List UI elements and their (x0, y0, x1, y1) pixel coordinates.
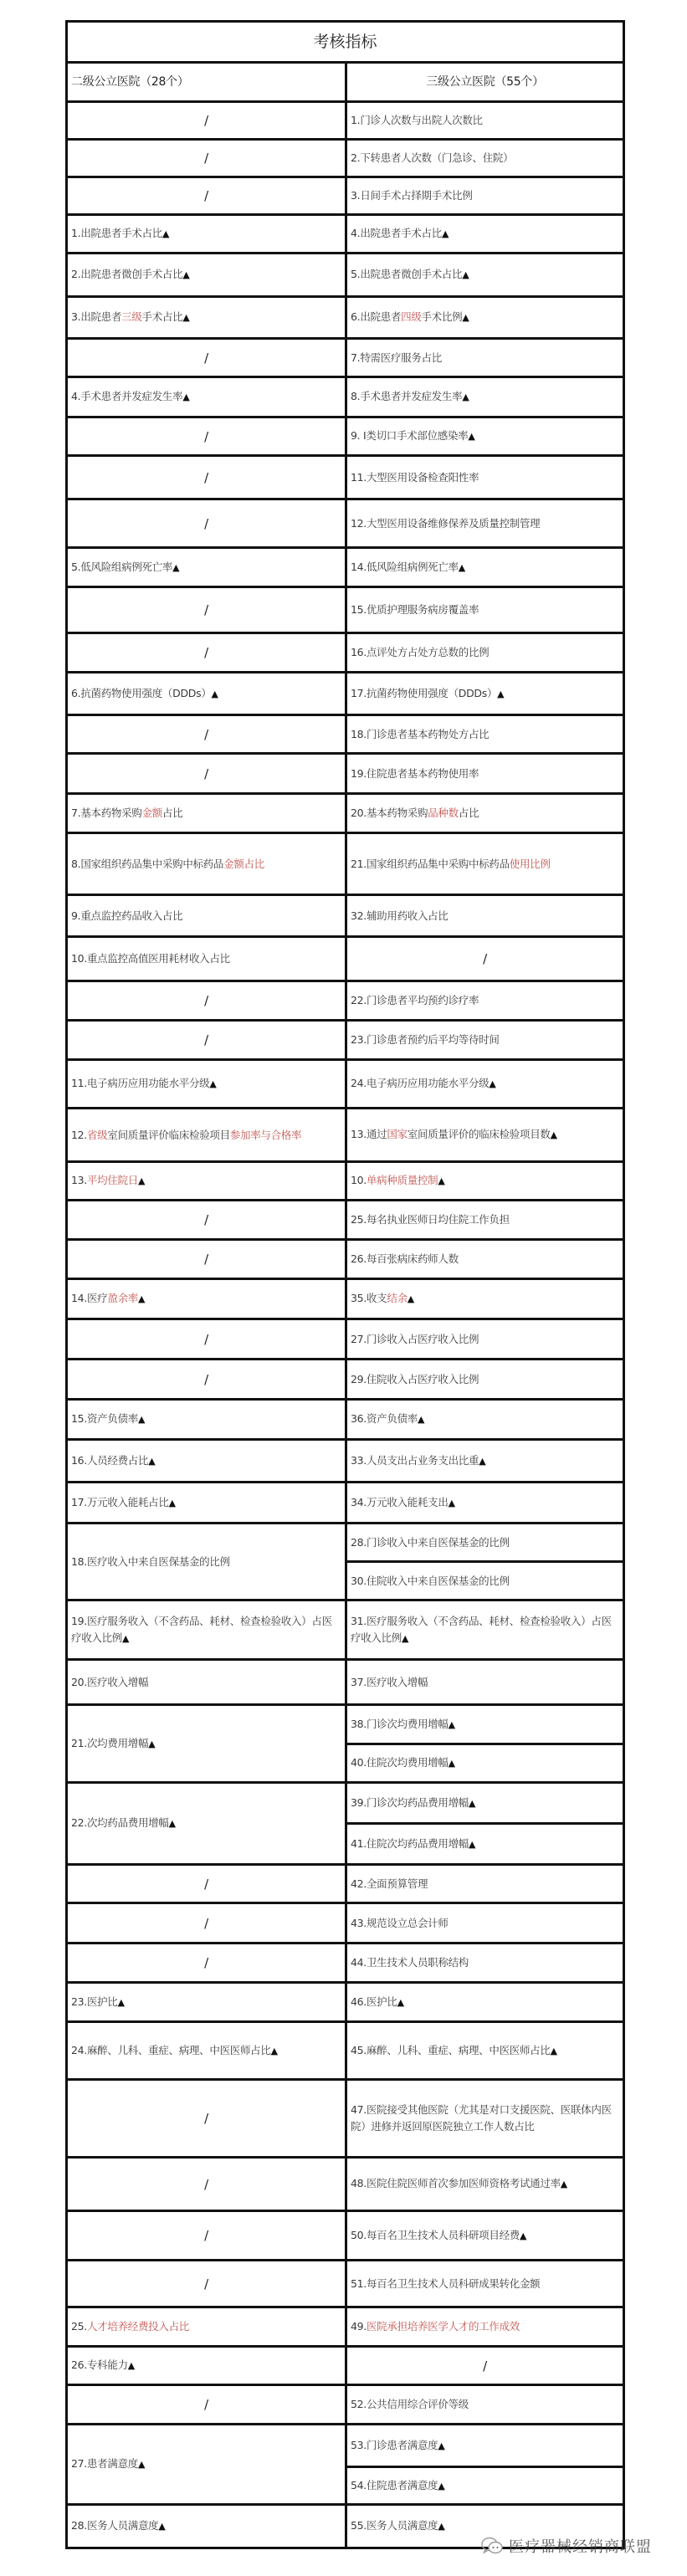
tertiary-hospital-indicator: 16.点评处方占处方总数的比例 (346, 633, 624, 673)
triangle-marker-icon: ▲ (462, 392, 469, 402)
secondary-hospital-indicator: 2.出院患者微创手术占比▲ (67, 254, 346, 297)
secondary-hospital-indicator: / (67, 1021, 346, 1060)
secondary-hospital-indicator: / (67, 1865, 346, 1903)
table-row: 27.患者满意度▲53.门诊患者满意度▲ (67, 2425, 624, 2467)
tertiary-hospital-indicator: 23.门诊患者预约后平均等待时间 (346, 1021, 624, 1060)
secondary-hospital-indicator: 18.医疗收入中来自医保基金的比例 (67, 1524, 346, 1600)
secondary-hospital-indicator: / (67, 1944, 346, 1983)
table-row: /25.每名执业医师日均住院工作负担 (67, 1201, 624, 1240)
indicator-text: 14.低风险组病例死亡率 (351, 561, 459, 573)
triangle-marker-icon: ▲ (462, 269, 469, 280)
indicator-text: 8.国家组织药品集中采购中标药品 (71, 858, 223, 870)
table-row: 26.专科能力▲/ (67, 2347, 624, 2385)
triangle-marker-icon: ▲ (469, 1839, 475, 1850)
indicator-text: 22.次均药品费用增幅 (71, 1816, 169, 1829)
triangle-marker-icon: ▲ (561, 2179, 567, 2189)
tertiary-hospital-indicator: 5.出院患者微创手术占比▲ (346, 254, 624, 297)
table-row: /2.下转患者人次数（门急诊、住院） (67, 140, 624, 177)
secondary-hospital-indicator: 19.医疗服务收入（不含药品、耗材、检查检验收入）占医疗收入比例▲ (67, 1600, 346, 1660)
table-row: /16.点评处方占处方总数的比例 (67, 633, 624, 673)
highlighted-text: 四级 (401, 310, 421, 323)
tertiary-hospital-indicator: 46.医护比▲ (346, 1983, 624, 2022)
highlighted-text: 单病种质量控制 (367, 1174, 438, 1186)
indicator-text: 1.门诊人次数与出院人次数比 (351, 114, 483, 126)
table-title: 考核指标 (67, 22, 624, 63)
table-row: /11.大型医用设备检查阳性率 (67, 456, 624, 499)
indicator-text: 3.日间手术占择期手术比例 (351, 189, 473, 202)
tertiary-hospital-indicator: 52.公共信用综合评价等级 (346, 2385, 624, 2425)
tertiary-hospital-indicator: 32.辅助用药收入占比 (346, 895, 624, 937)
indicator-text: 49. (351, 2320, 367, 2333)
indicator-text: 9. I类切口手术部位感染率 (351, 429, 468, 442)
table-row: 6.抗菌药物使用强度（DDDs）▲17.抗菌药物使用强度（DDDs）▲ (67, 673, 624, 715)
indicator-text: 47.医院接受其他医院（尤其是对口支援医院、医联体内医院）进修并返回原医院独立工… (351, 2103, 612, 2133)
triangle-marker-icon: ▲ (479, 1456, 485, 1467)
indicator-text: 25.每名执业医师日均住院工作负担 (351, 1213, 510, 1226)
secondary-hospital-indicator: / (67, 2158, 346, 2211)
indicator-text: 4.手术患者并发症发生率 (71, 390, 182, 402)
indicator-text: 室间质量评价的临床检验项目数 (408, 1128, 551, 1140)
triangle-marker-icon: ▲ (520, 2230, 526, 2241)
triangle-marker-icon: ▲ (182, 269, 189, 280)
secondary-hospital-indicator: 16.人员经费占比▲ (67, 1440, 346, 1483)
table-row: 20.医疗收入增幅37.医疗收入增幅 (67, 1660, 624, 1705)
secondary-hospital-indicator: / (67, 1201, 346, 1240)
header-secondary-hospitals: 二级公立医院（28个） (67, 63, 346, 102)
tertiary-hospital-indicator: 53.门诊患者满意度▲ (346, 2425, 624, 2467)
tertiary-hospital-indicator: 2.下转患者人次数（门急诊、住院） (346, 140, 624, 177)
tertiary-hospital-indicator: 39.门诊次均药品费用增幅▲ (346, 1783, 624, 1824)
triangle-marker-icon: ▲ (162, 228, 169, 239)
secondary-hospital-indicator: / (67, 140, 346, 177)
indicator-text: 35.收支 (351, 1292, 387, 1304)
indicator-text: 手术比例 (422, 310, 463, 323)
triangle-marker-icon: ▲ (489, 1078, 495, 1089)
tertiary-hospital-indicator: 6.出院患者四级手术比例▲ (346, 297, 624, 339)
secondary-hospital-indicator: 5.低风险组病例死亡率▲ (67, 548, 346, 587)
highlighted-text: 金额 (142, 807, 162, 819)
tertiary-hospital-indicator: 24.电子病历应用功能水平分级▲ (346, 1060, 624, 1109)
triangle-marker-icon: ▲ (138, 1293, 145, 1304)
tertiary-hospital-indicator: 27.门诊收入占医疗收入比例 (346, 1319, 624, 1360)
table-row: /15.优质护理服务病房覆盖率 (67, 587, 624, 633)
highlighted-text: 盈余率 (107, 1292, 138, 1304)
tertiary-hospital-indicator: 48.医院住院医师首次参加医师资格考试通过率▲ (346, 2158, 624, 2211)
table-row: /43.规范设立总会计师 (67, 1903, 624, 1944)
table-row: /18.门诊患者基本药物处方占比 (67, 715, 624, 754)
secondary-hospital-indicator: 11.电子病历应用功能水平分级▲ (67, 1060, 346, 1109)
triangle-marker-icon: ▲ (438, 2440, 444, 2451)
triangle-marker-icon: ▲ (397, 1997, 404, 2008)
table-row: 11.电子病历应用功能水平分级▲24.电子病历应用功能水平分级▲ (67, 1060, 624, 1109)
table-row: /23.门诊患者预约后平均等待时间 (67, 1021, 624, 1060)
indicator-text: 14.医疗 (71, 1292, 107, 1304)
tertiary-hospital-indicator: 47.医院接受其他医院（尤其是对口支援医院、医联体内医院）进修并返回原医院独立工… (346, 2080, 624, 2158)
secondary-hospital-indicator: / (67, 2080, 346, 2158)
table-row: 8.国家组织药品集中采购中标药品金额占比21.国家组织药品集中采购中标药品使用比… (67, 833, 624, 895)
secondary-hospital-indicator: / (67, 456, 346, 499)
secondary-hospital-indicator: / (67, 715, 346, 754)
triangle-marker-icon: ▲ (212, 689, 218, 699)
tertiary-hospital-indicator: 38.门诊次均费用增幅▲ (346, 1705, 624, 1744)
indicator-text: 12.大型医用设备维修保养及质量控制管理 (351, 517, 540, 530)
table-row: 23.医护比▲46.医护比▲ (67, 1983, 624, 2022)
tertiary-hospital-indicator: 44.卫生技术人员职称结构 (346, 1944, 624, 1983)
secondary-hospital-indicator: / (67, 981, 346, 1021)
triangle-marker-icon: ▲ (158, 2521, 165, 2532)
indicator-text: 15.优质护理服务病房覆盖率 (351, 603, 479, 616)
table-row: /44.卫生技术人员职称结构 (67, 1944, 624, 1983)
tertiary-hospital-indicator: 54.住院患者满意度▲ (346, 2467, 624, 2505)
indicator-text: 27.门诊收入占医疗收入比例 (351, 1333, 479, 1345)
triangle-marker-icon: ▲ (169, 1498, 176, 1508)
triangle-marker-icon: ▲ (402, 1633, 408, 1644)
tertiary-hospital-indicator: 22.门诊患者平均预约诊疗率 (346, 981, 624, 1021)
table-row: 18.医疗收入中来自医保基金的比例28.门诊收入中来自医保基金的比例 (67, 1524, 624, 1562)
indicator-text: 24.电子病历应用功能水平分级 (351, 1077, 489, 1089)
triangle-marker-icon: ▲ (128, 2360, 135, 2371)
tertiary-hospital-indicator: 43.规范设立总会计师 (346, 1903, 624, 1944)
triangle-marker-icon: ▲ (122, 1633, 129, 1644)
table-row: /48.医院住院医师首次参加医师资格考试通过率▲ (67, 2158, 624, 2211)
indicator-text: 11.大型医用设备检查阳性率 (351, 471, 479, 484)
triangle-marker-icon: ▲ (271, 2046, 278, 2056)
indicator-text: 38.门诊次均费用增幅 (351, 1718, 449, 1730)
highlighted-text: 参加率与合格率 (230, 1129, 301, 1141)
table-row: /7.特需医疗服务占比 (67, 339, 624, 377)
indicator-text: 33.人员支出占业务支出比重 (351, 1454, 479, 1467)
secondary-hospital-indicator: / (67, 587, 346, 633)
secondary-hospital-indicator: / (67, 339, 346, 377)
secondary-hospital-indicator: / (67, 499, 346, 548)
table-row: 21.次均费用增幅▲38.门诊次均费用增幅▲ (67, 1705, 624, 1744)
tertiary-hospital-indicator: 37.医疗收入增幅 (346, 1660, 624, 1705)
table-row: /26.每百张病床药师人数 (67, 1240, 624, 1279)
triangle-marker-icon: ▲ (442, 228, 449, 239)
triangle-marker-icon: ▲ (118, 1997, 125, 2008)
table-row: /29.住院收入占医疗收入比例 (67, 1360, 624, 1400)
tertiary-hospital-indicator: 25.每名执业医师日均住院工作负担 (346, 1201, 624, 1240)
triangle-marker-icon: ▲ (148, 1456, 155, 1467)
tertiary-hospital-indicator: 17.抗菌药物使用强度（DDDs）▲ (346, 673, 624, 715)
tertiary-hospital-indicator: 49.医院承担培养医学人才的工作成效 (346, 2307, 624, 2347)
indicator-text: 23.门诊患者预约后平均等待时间 (351, 1033, 500, 1046)
table-row: /27.门诊收入占医疗收入比例 (67, 1319, 624, 1360)
title-row: 考核指标 (67, 22, 624, 63)
tertiary-hospital-indicator: 42.全面预算管理 (346, 1865, 624, 1903)
indicator-text: 17.抗菌药物使用强度（DDDs） (351, 687, 497, 699)
secondary-hospital-indicator: / (67, 1903, 346, 1944)
indicator-text: 34.万元收入能耗支出 (351, 1496, 449, 1508)
triangle-marker-icon: ▲ (209, 1078, 216, 1089)
indicator-text: 手术占比 (142, 310, 183, 323)
indicator-text: 28.门诊收入中来自医保基金的比例 (351, 1536, 510, 1549)
wechat-icon (480, 2536, 504, 2556)
tertiary-hospital-indicator: 20.基本药物采购品种数占比 (346, 794, 624, 833)
table-row: 22.次均药品费用增幅▲39.门诊次均药品费用增幅▲ (67, 1783, 624, 1824)
tertiary-hospital-indicator: 18.门诊患者基本药物处方占比 (346, 715, 624, 754)
indicator-text: 36.资产负债率 (351, 1412, 418, 1425)
indicator-text: 43.规范设立总会计师 (351, 1917, 449, 1929)
tertiary-hospital-indicator: 9. I类切口手术部位感染率▲ (346, 417, 624, 456)
indicator-text: 6.出院患者 (351, 310, 401, 323)
indicator-text: 19.住院患者基本药物使用率 (351, 767, 479, 780)
indicator-text: 13. (71, 1174, 87, 1186)
tertiary-hospital-indicator: 26.每百张病床药师人数 (346, 1240, 624, 1279)
tertiary-hospital-indicator: / (346, 2347, 624, 2385)
secondary-hospital-indicator: 13.平均住院日▲ (67, 1162, 346, 1201)
triangle-marker-icon: ▲ (172, 562, 179, 573)
table-row: /19.住院患者基本药物使用率 (67, 754, 624, 794)
highlighted-text: 医院承担培养医学人才的工作成效 (367, 2320, 520, 2333)
indicator-text: 18.门诊患者基本药物处方占比 (351, 728, 489, 740)
table-row: /51.每百名卫生技术人员科研成果转化金额 (67, 2261, 624, 2307)
indicator-text: 48.医院住院医师首次参加医师资格考试通过率 (351, 2177, 561, 2189)
table-row: 4.手术患者并发症发生率▲8.手术患者并发症发生率▲ (67, 377, 624, 417)
secondary-hospital-indicator: / (67, 2385, 346, 2425)
indicator-text: 6.抗菌药物使用强度（DDDs） (71, 687, 212, 699)
table-row: 17.万元收入能耗占比▲34.万元收入能耗支出▲ (67, 1483, 624, 1524)
secondary-hospital-indicator: 24.麻醉、儿科、重症、病理、中医医师占比▲ (67, 2022, 346, 2080)
table-row: 24.麻醉、儿科、重症、病理、中医医师占比▲45.麻醉、儿科、重症、病理、中医医… (67, 2022, 624, 2080)
table-row: 2.出院患者微创手术占比▲5.出院患者微创手术占比▲ (67, 254, 624, 297)
indicator-text: 53.门诊患者满意度 (351, 2439, 438, 2451)
tertiary-hospital-indicator: 29.住院收入占医疗收入比例 (346, 1360, 624, 1400)
triangle-marker-icon: ▲ (497, 689, 504, 699)
triangle-marker-icon: ▲ (182, 392, 189, 402)
tertiary-hospital-indicator: 15.优质护理服务病房覆盖率 (346, 587, 624, 633)
tertiary-hospital-indicator: 51.每百名卫生技术人员科研成果转化金额 (346, 2261, 624, 2307)
indicator-text: 45.麻醉、儿科、重症、病理、中医医师占比 (351, 2044, 551, 2056)
indicator-text: 22.门诊患者平均预约诊疗率 (351, 994, 479, 1006)
tertiary-hospital-indicator: 31.医疗服务收入（不含药品、耗材、检查检验收入）占医疗收入比例▲ (346, 1600, 624, 1660)
tertiary-hospital-indicator: 33.人员支出占业务支出比重▲ (346, 1440, 624, 1483)
secondary-hospital-indicator: 8.国家组织药品集中采购中标药品金额占比 (67, 833, 346, 895)
indicator-text: 23.医护比 (71, 1995, 118, 2008)
table-row: 12.省级室间质量评价临床检验项目参加率与合格率13.通过国家室间质量评价的临床… (67, 1109, 624, 1162)
tertiary-hospital-indicator: / (346, 937, 624, 981)
triangle-marker-icon: ▲ (138, 2459, 145, 2470)
secondary-hospital-indicator: 15.资产负债率▲ (67, 1400, 346, 1440)
indicator-text: 54.住院患者满意度 (351, 2479, 438, 2491)
table-row: 15.资产负债率▲36.资产负债率▲ (67, 1400, 624, 1440)
secondary-hospital-indicator: 4.手术患者并发症发生率▲ (67, 377, 346, 417)
tertiary-hospital-indicator: 40.住院次均费用增幅▲ (346, 1744, 624, 1783)
triangle-marker-icon: ▲ (138, 1414, 145, 1425)
indicator-text: 21.次均费用增幅 (71, 1737, 148, 1749)
indicator-text: 46.医护比 (351, 1995, 397, 2008)
secondary-hospital-indicator: / (67, 633, 346, 673)
table-row: 5.低风险组病例死亡率▲14.低风险组病例死亡率▲ (67, 548, 624, 587)
tertiary-hospital-indicator: 14.低风险组病例死亡率▲ (346, 548, 624, 587)
tertiary-hospital-indicator: 8.手术患者并发症发生率▲ (346, 377, 624, 417)
indicator-text: 51.每百名卫生技术人员科研成果转化金额 (351, 2277, 540, 2290)
triangle-marker-icon: ▲ (438, 1175, 444, 1186)
secondary-hospital-indicator: 17.万元收入能耗占比▲ (67, 1483, 346, 1524)
indicator-text: 26.专科能力 (71, 2358, 128, 2371)
table-row: 16.人员经费占比▲33.人员支出占业务支出比重▲ (67, 1440, 624, 1483)
triangle-marker-icon: ▲ (551, 2046, 557, 2056)
indicator-text: 4.出院患者手术占比 (351, 227, 442, 239)
highlighted-text: 省级 (87, 1129, 107, 1141)
header-tertiary-hospitals: 三级公立医院（55个） (346, 63, 624, 102)
table-row: 25.人才培养经费投入占比49.医院承担培养医学人才的工作成效 (67, 2307, 624, 2347)
secondary-hospital-indicator: / (67, 754, 346, 794)
triangle-marker-icon: ▲ (459, 562, 465, 573)
secondary-hospital-indicator: / (67, 2211, 346, 2261)
indicator-text: 15.资产负债率 (71, 1412, 138, 1425)
header-row: 二级公立医院（28个） 三级公立医院（55个） (67, 63, 624, 102)
indicator-text: 44.卫生技术人员职称结构 (351, 1956, 469, 1969)
watermark: 医疗器械经销商联盟 (480, 2535, 673, 2557)
triangle-marker-icon: ▲ (449, 1498, 455, 1508)
tertiary-hospital-indicator: 12.大型医用设备维修保养及质量控制管理 (346, 499, 624, 548)
assessment-indicator-table: 考核指标 二级公立医院（28个） 三级公立医院（55个） /1.门诊人次数与出院… (65, 20, 625, 2549)
secondary-hospital-indicator: 6.抗菌药物使用强度（DDDs）▲ (67, 673, 346, 715)
secondary-hospital-indicator: 22.次均药品费用增幅▲ (67, 1783, 346, 1865)
watermark-text: 医疗器械经销商联盟 (509, 2535, 652, 2557)
tertiary-hospital-indicator: 28.门诊收入中来自医保基金的比例 (346, 1524, 624, 1562)
highlighted-text: 金额占比 (223, 858, 264, 870)
indicator-text: 50.每百名卫生技术人员科研项目经费 (351, 2229, 520, 2241)
indicator-text: 39.门诊次均药品费用增幅 (351, 1796, 469, 1809)
secondary-hospital-indicator: 21.次均费用增幅▲ (67, 1705, 346, 1783)
table-row: 19.医疗服务收入（不含药品、耗材、检查检验收入）占医疗收入比例▲31.医疗服务… (67, 1600, 624, 1660)
highlighted-text: 使用比例 (510, 858, 551, 870)
table-row: 13.平均住院日▲10.单病种质量控制▲ (67, 1162, 624, 1201)
tertiary-hospital-indicator: 30.住院收入中来自医保基金的比例 (346, 1562, 624, 1600)
indicator-text: 占比 (162, 807, 182, 819)
indicator-text: 28.医务人员满意度 (71, 2519, 158, 2532)
triangle-marker-icon: ▲ (148, 1739, 155, 1749)
triangle-marker-icon: ▲ (182, 312, 189, 323)
highlighted-text: 结余 (387, 1292, 407, 1304)
table-row: 7.基本药物采购金额占比20.基本药物采购品种数占比 (67, 794, 624, 833)
indicator-text: 55.医务人员满意度 (351, 2519, 438, 2532)
secondary-hospital-indicator: / (67, 177, 346, 215)
indicator-text: 7.特需医疗服务占比 (351, 351, 442, 364)
tertiary-hospital-indicator: 19.住院患者基本药物使用率 (346, 754, 624, 794)
indicator-text: 24.麻醉、儿科、重症、病理、中医医师占比 (71, 2044, 271, 2056)
indicator-text: 26.每百张病床药师人数 (351, 1252, 459, 1265)
table-row: /3.日间手术占择期手术比例 (67, 177, 624, 215)
indicator-text: 16.点评处方占处方总数的比例 (351, 646, 489, 658)
tertiary-hospital-indicator: 45.麻醉、儿科、重症、病理、中医医师占比▲ (346, 2022, 624, 2080)
indicator-text: 8.手术患者并发症发生率 (351, 390, 462, 402)
table-row: /22.门诊患者平均预约诊疗率 (67, 981, 624, 1021)
secondary-hospital-indicator: 3.出院患者三级手术占比▲ (67, 297, 346, 339)
indicator-text: 21.国家组织药品集中采购中标药品 (351, 858, 510, 870)
indicator-text: 25. (71, 2320, 87, 2333)
table-row: /42.全面预算管理 (67, 1865, 624, 1903)
triangle-marker-icon: ▲ (449, 1719, 455, 1730)
indicator-text: 11.电子病历应用功能水平分级 (71, 1077, 209, 1089)
secondary-hospital-indicator: 26.专科能力▲ (67, 2347, 346, 2385)
triangle-marker-icon: ▲ (551, 1129, 557, 1140)
indicator-text: 17.万元收入能耗占比 (71, 1496, 169, 1508)
secondary-hospital-indicator: / (67, 2261, 346, 2307)
indicator-text: 10.重点监控高值医用耗材收入占比 (71, 952, 230, 965)
secondary-hospital-indicator: 20.医疗收入增幅 (67, 1660, 346, 1705)
secondary-hospital-indicator: / (67, 1319, 346, 1360)
triangle-marker-icon: ▲ (438, 2521, 444, 2532)
secondary-hospital-indicator: / (67, 102, 346, 140)
tertiary-hospital-indicator: 1.门诊人次数与出院人次数比 (346, 102, 624, 140)
triangle-marker-icon: ▲ (469, 1798, 475, 1809)
table-row: /9. I类切口手术部位感染率▲ (67, 417, 624, 456)
indicator-text: 18.医疗收入中来自医保基金的比例 (71, 1555, 230, 1568)
indicator-text: 13.通过 (351, 1128, 387, 1140)
table-row: /12.大型医用设备维修保养及质量控制管理 (67, 499, 624, 548)
tertiary-hospital-indicator: 41.住院次均药品费用增幅▲ (346, 1824, 624, 1865)
secondary-hospital-indicator: 14.医疗盈余率▲ (67, 1279, 346, 1319)
secondary-hospital-indicator: / (67, 417, 346, 456)
indicator-text: 16.人员经费占比 (71, 1454, 148, 1467)
table-row: /52.公共信用综合评价等级 (67, 2385, 624, 2425)
indicator-text: 40.住院次均费用增幅 (351, 1756, 449, 1769)
secondary-hospital-indicator: / (67, 1240, 346, 1279)
secondary-hospital-indicator: 1.出院患者手术占比▲ (67, 215, 346, 254)
indicator-text: 5.低风险组病例死亡率 (71, 561, 172, 573)
indicator-text: 2.下转患者人次数（门急诊、住院） (351, 151, 513, 164)
highlighted-text: 人才培养经费投入占比 (87, 2320, 189, 2333)
table-row: 14.医疗盈余率▲35.收支结余▲ (67, 1279, 624, 1319)
tertiary-hospital-indicator: 10.单病种质量控制▲ (346, 1162, 624, 1201)
tertiary-hospital-indicator: 4.出院患者手术占比▲ (346, 215, 624, 254)
table-row: 9.重点监控药品收入占比32.辅助用药收入占比 (67, 895, 624, 937)
indicator-text: 19.医疗服务收入（不含药品、耗材、检查检验收入）占医疗收入比例 (71, 1615, 332, 1644)
indicator-text: 5.出院患者微创手术占比 (351, 268, 462, 280)
indicator-text: 37.医疗收入增幅 (351, 1676, 428, 1688)
secondary-hospital-indicator: 7.基本药物采购金额占比 (67, 794, 346, 833)
indicator-text: 31.医疗服务收入（不含药品、耗材、检查检验收入）占医疗收入比例 (351, 1615, 612, 1644)
secondary-hospital-indicator: 10.重点监控高值医用耗材收入占比 (67, 937, 346, 981)
indicator-text: 占比 (459, 807, 479, 819)
triangle-marker-icon: ▲ (418, 1414, 424, 1425)
tertiary-hospital-indicator: 21.国家组织药品集中采购中标药品使用比例 (346, 833, 624, 895)
tertiary-hospital-indicator: 3.日间手术占择期手术比例 (346, 177, 624, 215)
triangle-marker-icon: ▲ (449, 1758, 455, 1769)
indicator-text: 27.患者满意度 (71, 2457, 138, 2470)
indicator-text: 9.重点监控药品收入占比 (71, 909, 182, 922)
tertiary-hospital-indicator: 11.大型医用设备检查阳性率 (346, 456, 624, 499)
tertiary-hospital-indicator: 35.收支结余▲ (346, 1279, 624, 1319)
indicator-text: 30.住院收入中来自医保基金的比例 (351, 1575, 510, 1587)
highlighted-text: 三级 (121, 310, 141, 323)
secondary-hospital-indicator: / (67, 1360, 346, 1400)
triangle-marker-icon: ▲ (138, 1175, 145, 1186)
secondary-hospital-indicator: 9.重点监控药品收入占比 (67, 895, 346, 937)
indicator-text: 3.出院患者 (71, 310, 121, 323)
indicator-text: 12. (71, 1129, 87, 1141)
tertiary-hospital-indicator: 36.资产负债率▲ (346, 1400, 624, 1440)
indicator-text: 室间质量评价临床检验项目 (107, 1129, 229, 1141)
tertiary-hospital-indicator: 13.通过国家室间质量评价的临床检验项目数▲ (346, 1109, 624, 1162)
tertiary-hospital-indicator: 34.万元收入能耗支出▲ (346, 1483, 624, 1524)
secondary-hospital-indicator: 12.省级室间质量评价临床检验项目参加率与合格率 (67, 1109, 346, 1162)
indicator-text: 1.出院患者手术占比 (71, 227, 162, 239)
table-row: 3.出院患者三级手术占比▲6.出院患者四级手术比例▲ (67, 297, 624, 339)
indicator-text: 32.辅助用药收入占比 (351, 909, 449, 922)
indicator-text: 52.公共信用综合评价等级 (351, 2398, 469, 2410)
triangle-marker-icon: ▲ (468, 431, 474, 442)
tertiary-hospital-indicator: 50.每百名卫生技术人员科研项目经费▲ (346, 2211, 624, 2261)
secondary-hospital-indicator: 25.人才培养经费投入占比 (67, 2307, 346, 2347)
highlighted-text: 国家 (387, 1128, 407, 1140)
triangle-marker-icon: ▲ (438, 2481, 444, 2491)
triangle-marker-icon: ▲ (169, 1818, 176, 1829)
indicator-text: 41.住院次均药品费用增幅 (351, 1837, 469, 1850)
